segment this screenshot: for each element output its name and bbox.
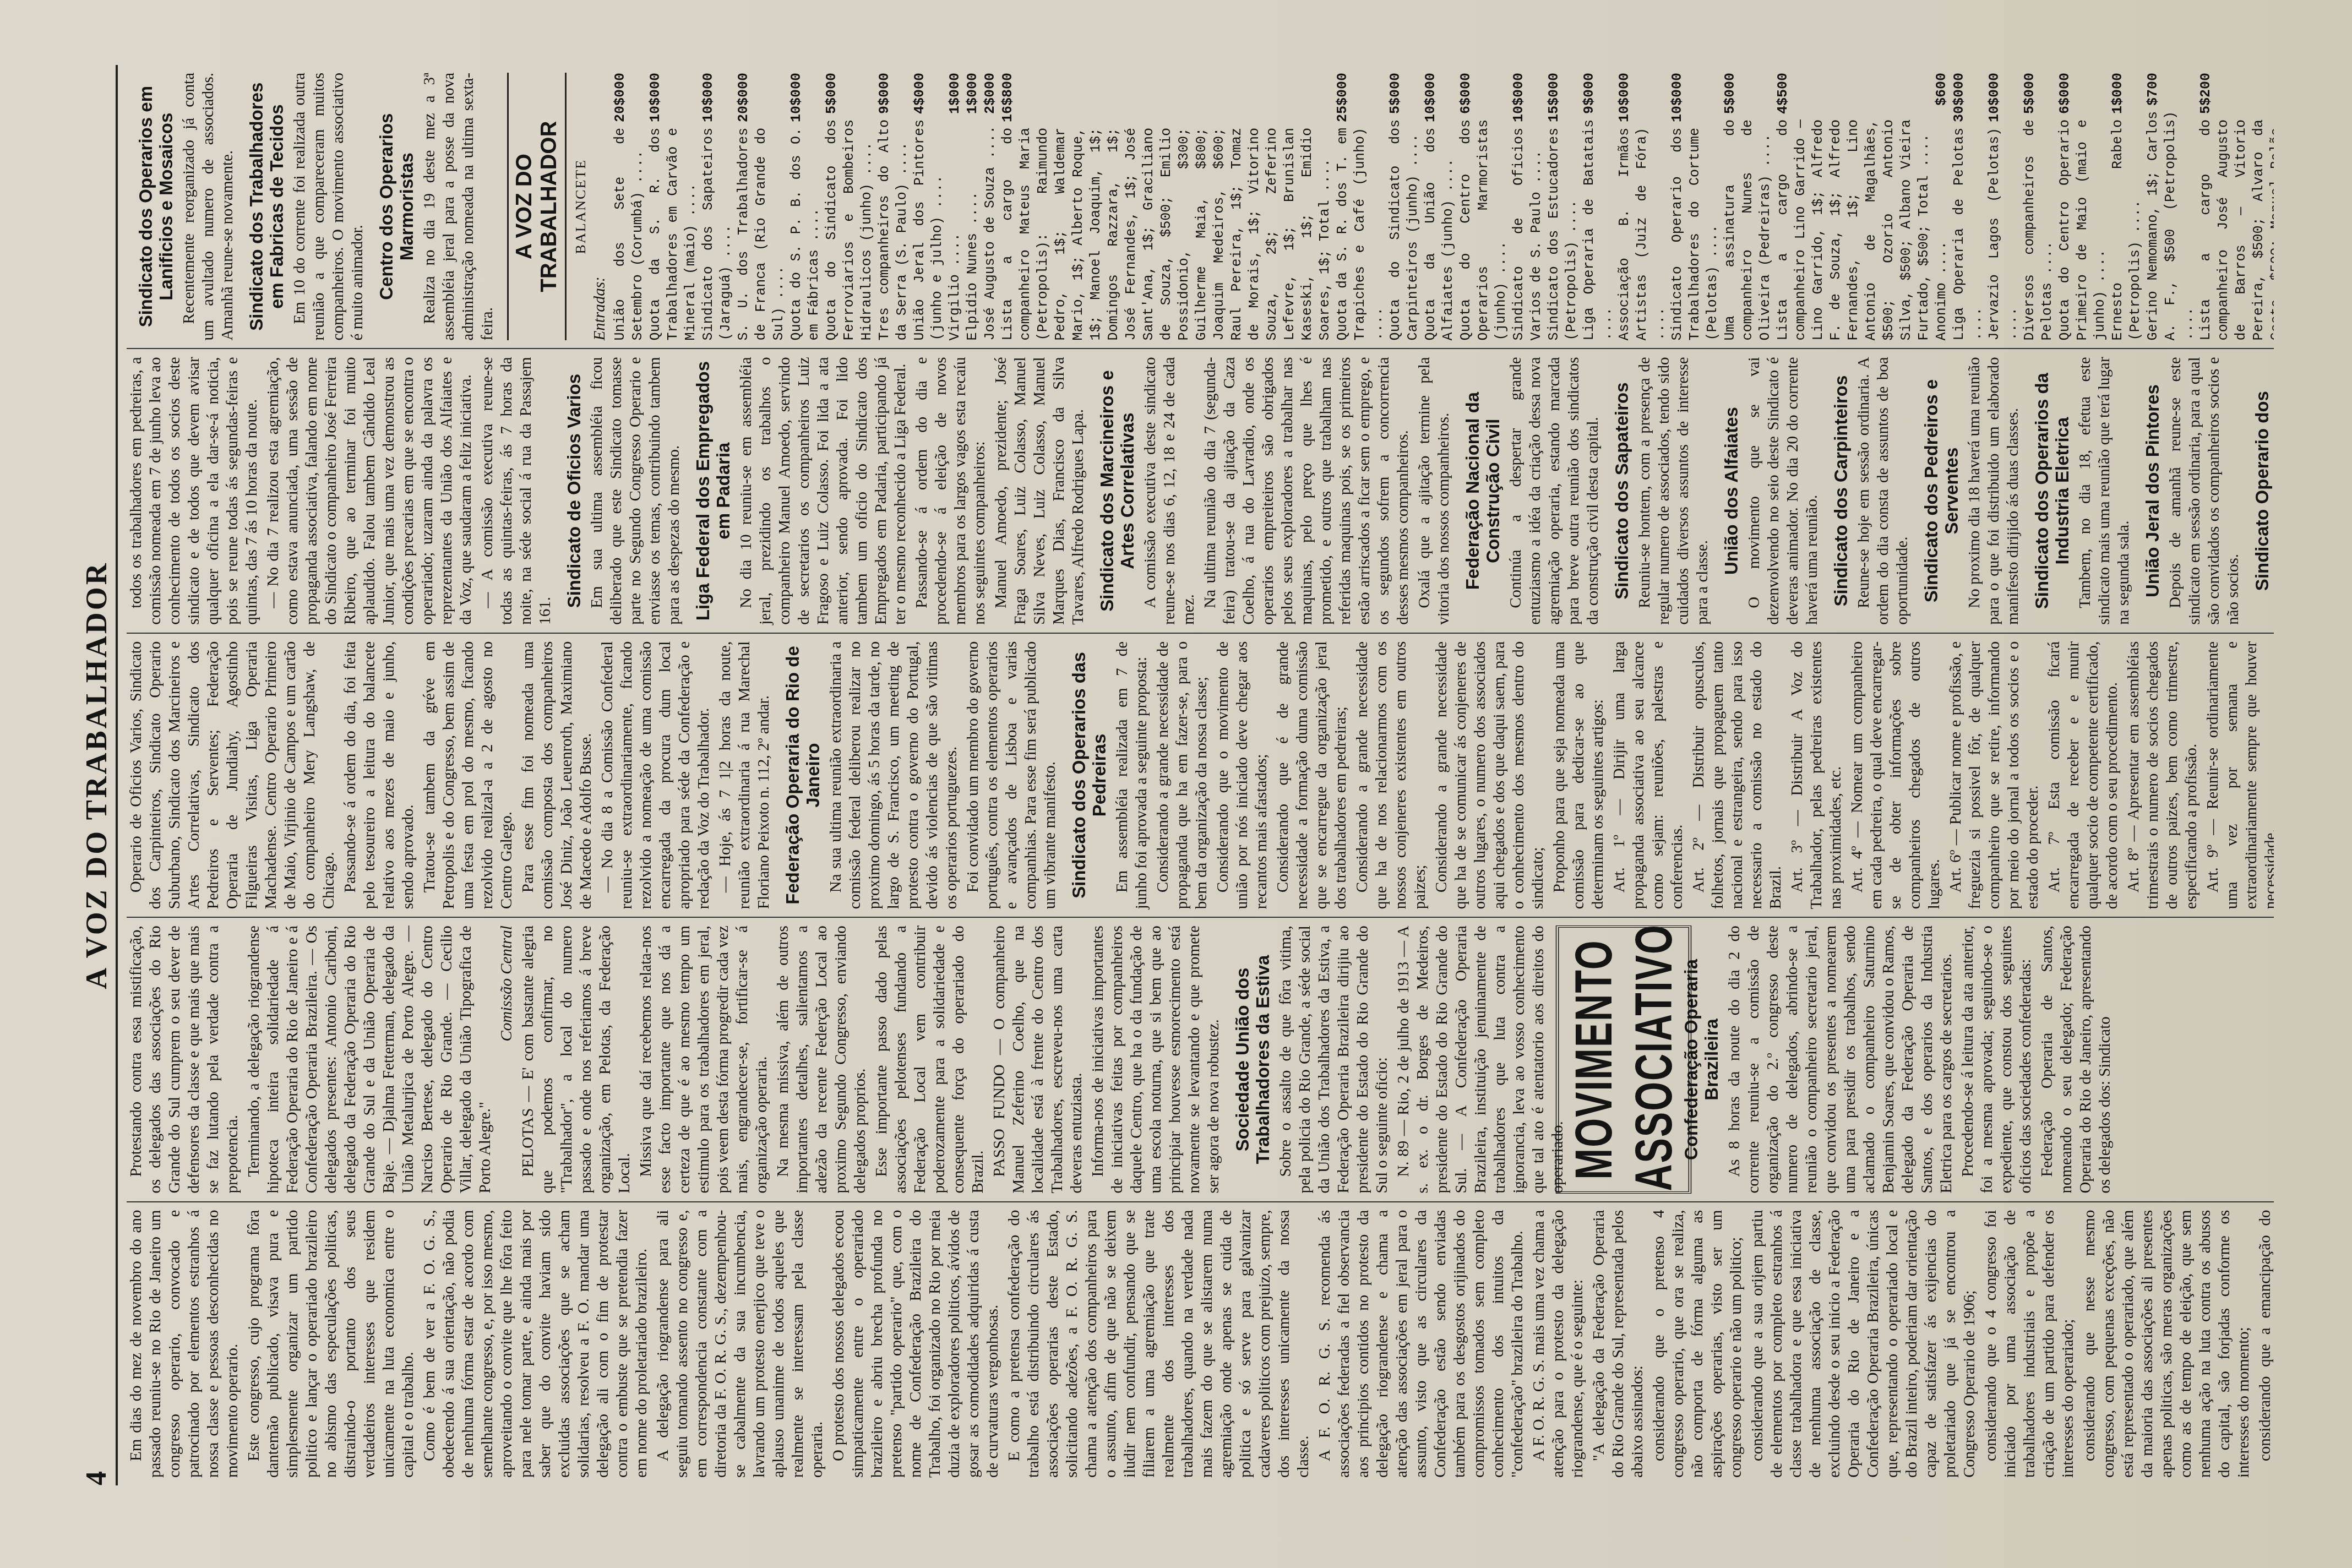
article-paragraph: Terminando, a delegação riograndense hip… [244,925,495,1193]
ledger-amount: 5$200 [2197,73,2274,114]
pelotas-lead: PELOTAS — E' com bastante alegria que po… [519,925,634,1193]
ledger-amount: 10$000 [647,73,700,122]
article-paragraph: A F. O. R. G. S. recomenda ás associaçõe… [1315,1210,1527,1478]
ledger-label: Liga Operaria de Pelotas .... [1951,128,1986,340]
ledger-label: Associação B. Irmãos Artistas (Juiz de F… [1616,128,1669,340]
column-grid: Em dias do mez de novembro do ano passad… [127,65,2274,1485]
ledger-amount: 5$000 [1387,73,1422,114]
article-paragraph: Operario de Oficios Varios, Sindicato do… [127,641,339,909]
section-heading-centro-marmoristas: Centro dos Operarios Marmoristas [376,73,417,340]
section-heading-federacao-rio: Federação Operaria do Rio de Janeiro [782,641,823,909]
article-paragraph: Passando-se á ordem do dia, foi feita pe… [341,641,418,909]
section-heading-uniao-estiva: Sociedade União dos Trabalhadores da Est… [1232,925,1273,1193]
ledger-row: Quota da União dos Alfaiates (junho) ...… [1422,73,1457,340]
ledger-row: Jervazio Lagos (Pelotas) ....10$000 [1986,73,2021,340]
ledger-label: Lista a cargo do companheiro Lino Garrid… [1774,119,1933,340]
ledger-label: Quota da União dos Alfaiates (junho) ...… [1422,128,1457,340]
article-paragraph: Na ultima reunião do dia 7 (segunda-feir… [1201,357,1413,624]
ledger-amount: 10$000 [788,73,823,122]
ledger-amount: 1$000 [946,73,964,114]
page-header: 4 A VOZ DO TRABALHADOR [77,65,118,1485]
ledger-label: Jervazio Lagos (Pelotas) .... [1986,128,2021,340]
ledger-amount: 1$000 [2109,73,2144,114]
ledger-amount: 2$000 [982,73,999,114]
ledger-row: Quota do Centro Operario Primeiro de Mai… [2056,73,2109,340]
section-heading-uniao-alfaiates: União dos Alfaiates [1721,357,1741,624]
ledger-row: Quota do Sindicato dos Carpinteiros (jun… [1387,73,1422,340]
article-paragraph: Proponho para que seja nomeada uma comis… [1550,641,1608,909]
article-paragraph: Depois de amanhã reune-se este sindicato… [2166,357,2243,624]
article-paragraph: — No dia 8 a Comissão Confederal reuniu-… [598,641,714,909]
ledger-amount: 10$000 [1986,73,2021,122]
article-paragraph: Protestando contra essa mistificação, os… [127,925,242,1193]
article-paragraph: Art. 6º — Publicar nome e profissão, e f… [1946,641,2043,909]
article-paragraph: Art. 2º — Distribuir opusculos, folhetos… [1689,641,1785,909]
ledger-row: Lista a cargo do companheiro Lino Garrid… [1774,73,1933,340]
ledger-label: União Jeral dos Pintores (junho e julho)… [911,119,946,340]
ledger-amount: 5$000 [1722,73,1774,114]
article-paragraph: Como é bem de ver a F. O. G. S., obedece… [420,1210,651,1478]
article-paragraph: Art. 4º — Nomear um companheiro em cada … [1848,641,1944,909]
ledger-label: Quota do Centro Operario Primeiro de Mai… [2056,119,2109,340]
ledger-row: Quota do S. P. B. dos O. em Fábricas ...… [788,73,823,340]
masthead-title: A VOZ DO TRABALHADOR [79,65,113,1485]
ledger-label: União dos Sete de Setembro (Corumbá) ...… [612,128,647,340]
article-paragraph: Considerando a grande necessidade que ha… [1353,641,1430,909]
ledger-row: Sindicato Operario dos Trabalhadores do … [1669,73,1722,340]
balancete-subtitle: BALANCETE [571,73,590,340]
article-paragraph: PASSO FUNDO — O companheiro Manuel Zefer… [990,925,1086,1193]
section-heading-federacao-construcao-civil: Federação Nacional da Construção Civil [1462,357,1503,624]
article-paragraph: — Hoje, ás 7 1|2 horas da noute, reunião… [716,641,774,909]
article-paragraph: A comissão executiva deste sindicato reu… [1141,357,1199,624]
article-paragraph: Reuniu-se hontem, com a presença de regu… [1635,357,1712,624]
ledger-label: Quota do Centro dos Operarios Marmorista… [1457,119,1510,340]
article-paragraph: Considerando a grande necessidade de pro… [1153,641,1211,909]
ledger-label: Tres companheiros do Alto da Serra (S. P… [876,119,911,340]
signature: Comissão Central [497,925,516,1193]
ledger-row: Associação B. Irmãos Artistas (Juiz de F… [1616,73,1669,340]
ledger-amount: 9$000 [1581,73,1616,114]
ledger-label: José Augusto de Souza .... [982,119,999,340]
article-paragraph: Federação Operaria de Santos, nomeando o… [2038,925,2115,1193]
ledger-row: Lista a cargo do companheiro Mateus Mari… [999,73,1334,340]
ledger-row: Liga Operaria de Pelotas ....30$000 [1951,73,1986,340]
article-paragraph: considerando que o pretenso 4 congresso … [1649,1210,1746,1478]
article-paragraph: Art. 3º — Distribuir A Voz do Trabalhado… [1788,641,1845,909]
ledger-label: Gerino Nemomano, 1$; Carlos A. F., $500 … [2144,111,2197,340]
ledger-label: Diversos companheiros de Pelotas .... [2021,119,2056,340]
ledger-label: Quota da S. R. dos Trabalhadores em Carv… [647,128,700,340]
ledger-label: Elpidio Nunes .... [964,119,982,340]
article-paragraph: Art. 7º Esta comissão ficará encarregada… [2045,641,2122,909]
ledger-label: Sindicato Operario dos Trabalhadores do … [1669,128,1722,340]
article-paragraph: "A delegação da Federação Operaria do Ri… [1589,1210,1647,1478]
ledger-amount: 4$500 [1774,73,1933,114]
article-paragraph: No proximo dia 18 haverá uma reunião par… [1965,357,2023,624]
ledger-label: Sindicato de Oficios Varios de S. Paulo … [1510,128,1545,340]
section-heading-sindicato-lanificios: Sindicato dos Operarios em Lanificios e … [135,73,176,340]
article-paragraph: Continúa a despertar grande entuziasmo a… [1506,357,1603,624]
section-heading-sindicato-sapateiros: Sindicato dos Sapateiros [1611,357,1632,624]
ledger-amount: 20$000 [735,73,788,122]
ledger-row: Sindicato dos Sapateiros (Jaraguá) ....1… [700,73,735,340]
ledger-row: Anonimo ....$600 [1933,73,1951,340]
article-paragraph: Na sua ultima reunião extraordinaria a c… [826,641,961,909]
article-paragraph: — A comissão executiva reune-se todas as… [478,357,555,624]
ledger-amount: 10$000 [1422,73,1457,122]
ledger-amount: 16$800 [999,73,1334,122]
ledger-amount: $700 [2144,73,2197,106]
ledger-amount: 10$000 [1510,73,1545,122]
article-paragraph: Considerando a grande necessidade que ha… [1432,641,1548,909]
article-paragraph: considerando que o 4 congresso foi inici… [1981,1210,2078,1478]
article-paragraph: Foi convidado um membro do governo portu… [963,641,1060,909]
article-paragraph: Art. 1º — Dirijir uma larga propaganda a… [1610,641,1687,909]
article-paragraph: O protesto dos nossos delegados ecoou si… [829,1210,1003,1478]
article-paragraph: Passando-se á ordem do dia e procedendo-… [912,357,989,624]
ledger-label: Virgilio .... [946,119,964,340]
article-paragraph: Oxalá que a ajitação termine pela vitori… [1415,357,1453,624]
article-paragraph: Missiva que daí recebemos relata-nos ess… [636,925,771,1193]
ledger-row: Quota do Sindicato dos Ferroviarios e Bo… [823,73,876,340]
ledger-row: Diversos companheiros de Pelotas ....5$0… [2021,73,2056,340]
ledger-row: Uma assinatura do companheiro Nunes de O… [1722,73,1774,340]
article-paragraph: E como a pretensa confederação do trabal… [1005,1210,1313,1478]
scanned-page-background: 4 A VOZ DO TRABALHADOR Em dias do mez de… [0,0,2352,1568]
article-paragraph: considerando que nesse mesmo congresso, … [2080,1210,2253,1478]
balancete-title: A VOZ DO TRABALHADOR [507,73,567,340]
ledger-label: Quota da S. R. dos T. em Trapiches e Caf… [1334,128,1387,340]
article-paragraph: Em sua ultima assembléia ficou deliberad… [587,357,684,624]
ledger-label: S. U. dos Trabalhadores de Franca (Rio G… [735,128,788,340]
article-paragraph: Art. 8º — Apresentar em assembléias trim… [2124,641,2201,909]
section-heading-liga-padaria: Liga Federal dos Empregados em Padaria [693,357,733,624]
ledger-label: Anonimo .... [1933,111,1951,340]
entradas-label: Entradas: [590,73,609,340]
ledger-label: Quota do Sindicato dos Carpinteiros (jun… [1387,119,1422,340]
newspaper-page: 4 A VOZ DO TRABALHADOR Em dias do mez de… [0,0,2352,1568]
ledger-amount: 5$000 [2021,73,2056,114]
section-heading-sindicato-tecidos: Sindicato dos Trabalhadores em Fabricas … [246,73,287,340]
section-heading-sindicato-pedreiros: Sindicato dos Pedreiros e Serventes [1921,357,1962,624]
ledger-amount: 10$000 [1669,73,1722,122]
ledger-row: Gerino Nemomano, 1$; Carlos A. F., $500 … [2144,73,2197,340]
ledger-amount: 10$000 [700,73,735,122]
article-paragraph: Em 10 do corrente foi realizada outra re… [290,73,367,340]
ledger-row: União dos Sete de Setembro (Corumbá) ...… [612,73,647,340]
ledger-amount: 15$000 [1545,73,1581,122]
ledger-label: Uma assinatura do companheiro Nunes de O… [1722,119,1774,340]
article-paragraph: A F. O. R. G. S. mais uma vez chama a at… [1529,1210,1587,1478]
ledger-amount: 6$000 [1457,73,1510,114]
article-paragraph: Considerando que é de grande necessidade… [1273,641,1351,909]
column-2: Protestando contra essa mistificação, os… [127,918,2274,1202]
article-paragraph: Procedendo-se á leitura da ata anterior,… [1958,925,2035,1193]
ledger-amount: 20$000 [612,73,647,122]
entradas-ledger: União dos Sete de Setembro (Corumbá) ...… [612,73,2274,340]
article-paragraph: A delegação riograndense para ali seguiu… [654,1210,827,1478]
ledger-row: Quota da S. R. dos Trabalhadores em Carv… [647,73,700,340]
article-paragraph: — No dia 7 realizou esta agremiação, com… [264,357,476,624]
article-paragraph: todos os trabalhadores em pedreiras, a c… [127,357,262,624]
ledger-row: José Augusto de Souza ....2$000 [982,73,999,340]
ledger-amount: 30$000 [1951,73,1986,122]
section-heading-sindicato-marcineiros: Sindicato dos Marcineiros e Artes Correl… [1097,357,1137,624]
section-heading-sindicato-carpinteiros: Sindicato dos Carpinteiros [1831,357,1851,624]
ledger-label: Quota do S. P. B. dos O. em Fábricas ...… [788,128,823,340]
article-paragraph: Tambem, no dia 18, efetua este sindicato… [2076,357,2133,624]
article-paragraph: No dia 10 reuniu-se em assembléia jeral,… [737,357,910,624]
article-paragraph: Na mesma missiva, além de outros importa… [774,925,870,1193]
article-paragraph: N. 89 — Rio, 2 de julho de 1913 — A s. e… [1394,925,1567,1193]
article-paragraph: Sobre o assalto de que fôra vitima, pela… [1276,925,1392,1193]
section-heading-pedreiras: Sindicato dos Operarios das Pedreiras [1069,641,1109,909]
section-heading-sindicato-industria-eletrica: Sindicato dos Operarios da Industria Ele… [2032,357,2072,624]
article-paragraph: Informa-nos de iniciativas importantes d… [1088,925,1223,1193]
article-paragraph: Este congresso, cujo programa fôra dante… [244,1210,418,1478]
ledger-label: Lista a cargo do companheiro José August… [2197,119,2274,340]
ledger-row: Virgilio ....1$000 [946,73,964,340]
article-paragraph: Manuel Amoedo, prezidente; José Fraga So… [992,357,1088,624]
article-paragraph: O movimento que se vai dezenvolvendo no … [1745,357,1822,624]
ledger-amount: 1$000 [964,73,982,114]
ledger-label: Ernesto Rabelo (Petropolis) .... [2109,119,2144,340]
ledger-amount: 5$000 [823,73,876,114]
ledger-label: Sindicato dos Estucadores (Petropolis) .… [1545,128,1581,340]
ledger-row: Quota da S. R. dos T. em Trapiches e Caf… [1334,73,1387,340]
section-heading-uniao-pintores: União Jeral dos Pintores [2142,357,2163,624]
article-paragraph: considerando que a emancipação do trabal… [2256,1210,2274,1478]
ledger-row: Sindicato dos Estucadores (Petropolis) .… [1545,73,1581,340]
article-paragraph: Esse importante passo dado pelas associa… [872,925,988,1193]
section-heading-sindicato-ajustadores: Sindicato Operario dos Ajustadores e Tor… [2252,357,2274,624]
ledger-amount: $600 [1933,73,1951,106]
ledger-row: União Jeral dos Pintores (junho e julho)… [911,73,946,340]
column-1: Em dias do mez de novembro do ano passad… [127,1202,2274,1485]
article-paragraph: Reune-se hoje em sessão ordinaria. A ord… [1854,357,1912,624]
column-5: Sindicato dos Operarios em Lanificios e … [127,65,2274,349]
ledger-label: Lista a cargo do companheiro Mateus Mari… [999,128,1334,340]
ledger-row: Ernesto Rabelo (Petropolis) ....1$000 [2109,73,2144,340]
ledger-row: S. U. dos Trabalhadores de Franca (Rio G… [735,73,788,340]
ledger-row: Lista a cargo do companheiro José August… [2197,73,2274,340]
ledger-label: Liga Operaria de Batatais .... [1581,119,1616,340]
article-paragraph: Em dias do mez de novembro do ano passad… [127,1210,242,1478]
article-paragraph: Considerando que o movimento de união po… [1213,641,1271,909]
article-paragraph: Tratou-se tambem da gréve em Petropolis … [420,641,516,909]
column-3: Operario de Oficios Varios, Sindicato do… [127,634,2274,918]
article-paragraph: Em assembléia realizada em 7 de junho fo… [1113,641,1151,909]
ledger-amount: 25$000 [1334,73,1387,122]
ledger-row: Sindicato de Oficios Varios de S. Paulo … [1510,73,1545,340]
ledger-row: Elpidio Nunes ....1$000 [964,73,982,340]
ledger-amount: 9$000 [876,73,911,114]
ledger-label: Sindicato dos Sapateiros (Jaraguá) .... [700,128,735,340]
article-paragraph: As 8 horas da noute do dia 2 do corrente… [1725,925,1956,1193]
article-paragraph: considerando que a sua orijem partiu de … [1748,1210,1979,1478]
article-paragraph: Recentemente reorganizado já conta um av… [179,73,237,340]
ledger-label: Quota do Sindicato dos Ferroviarios e Bo… [823,119,876,340]
ledger-row: Quota do Centro dos Operarios Marmorista… [1457,73,1510,340]
section-heading-sindicato-oficios-varios: Sindicato de Oficios Varios [564,357,584,624]
article-paragraph: Art. 9º — Reunir-se ordinariamente uma v… [2203,641,2274,909]
ledger-amount: 10$000 [1616,73,1669,122]
article-paragraph: Para esse fim foi nomeada uma comissão c… [519,641,596,909]
article-paragraph: Realiza no dia 19 deste mez a 3ª assembl… [420,73,497,340]
ledger-row: Liga Operaria de Batatais ....9$000 [1581,73,1616,340]
movimento-associativo-banner: MOVIMENTO ASSOCIATIVO [1556,925,1691,1193]
column-4: todos os trabalhadores em pedreiras, a c… [127,349,2274,633]
ledger-amount: 4$000 [911,73,946,114]
ledger-row: Tres companheiros do Alto da Serra (S. P… [876,73,911,340]
ledger-amount: 6$000 [2056,73,2109,114]
